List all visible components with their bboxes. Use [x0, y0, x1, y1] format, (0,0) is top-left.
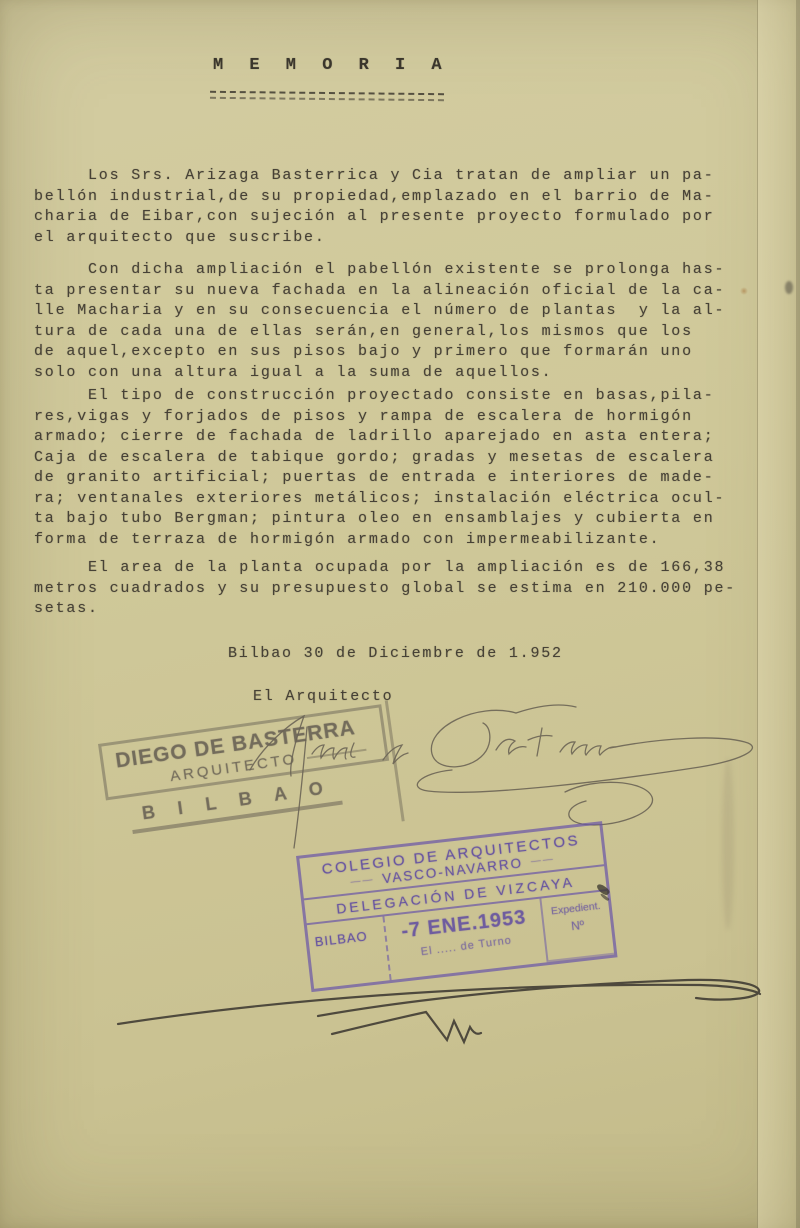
college-stamp-expedient-number: Nº	[544, 915, 611, 936]
paragraph-intro: Los Srs. Arizaga Basterrica y Cia tratan…	[34, 166, 715, 248]
scan-edge-line	[796, 0, 800, 1228]
paper-stain	[740, 287, 748, 295]
college-stamp: COLEGIO DE ARQUITECTOS VASCO-NAVARRO DEL…	[296, 821, 618, 992]
paragraph-presupuesto: El area de la planta ocupada por la ampl…	[34, 558, 736, 620]
page-right-edge	[757, 0, 800, 1228]
title-underline	[210, 91, 444, 101]
college-stamp-expedient-cell: Expedient. Nº	[539, 891, 614, 962]
college-stamp-city: BILBAO	[307, 916, 392, 988]
scanned-document-page: M E M O R I A Los Srs. Arizaga Basterric…	[0, 0, 800, 1228]
signature-label: El Arquitecto	[253, 688, 393, 705]
paragraph-construccion: El tipo de construcción proyectado consi…	[34, 386, 725, 550]
architect-stamp: DIEGO DE BASTERRA ARQUITECTO B I L B A O	[98, 704, 394, 837]
edge-ink-mark	[785, 281, 793, 294]
ink-smudge-streak	[722, 758, 734, 930]
dateline: Bilbao 30 de Diciembre de 1.952	[228, 645, 563, 662]
paragraph-ampliacion: Con dicha ampliación el pabellón existen…	[34, 260, 725, 383]
document-title: M E M O R I A	[213, 56, 450, 75]
architect-stamp-vline	[385, 700, 405, 821]
